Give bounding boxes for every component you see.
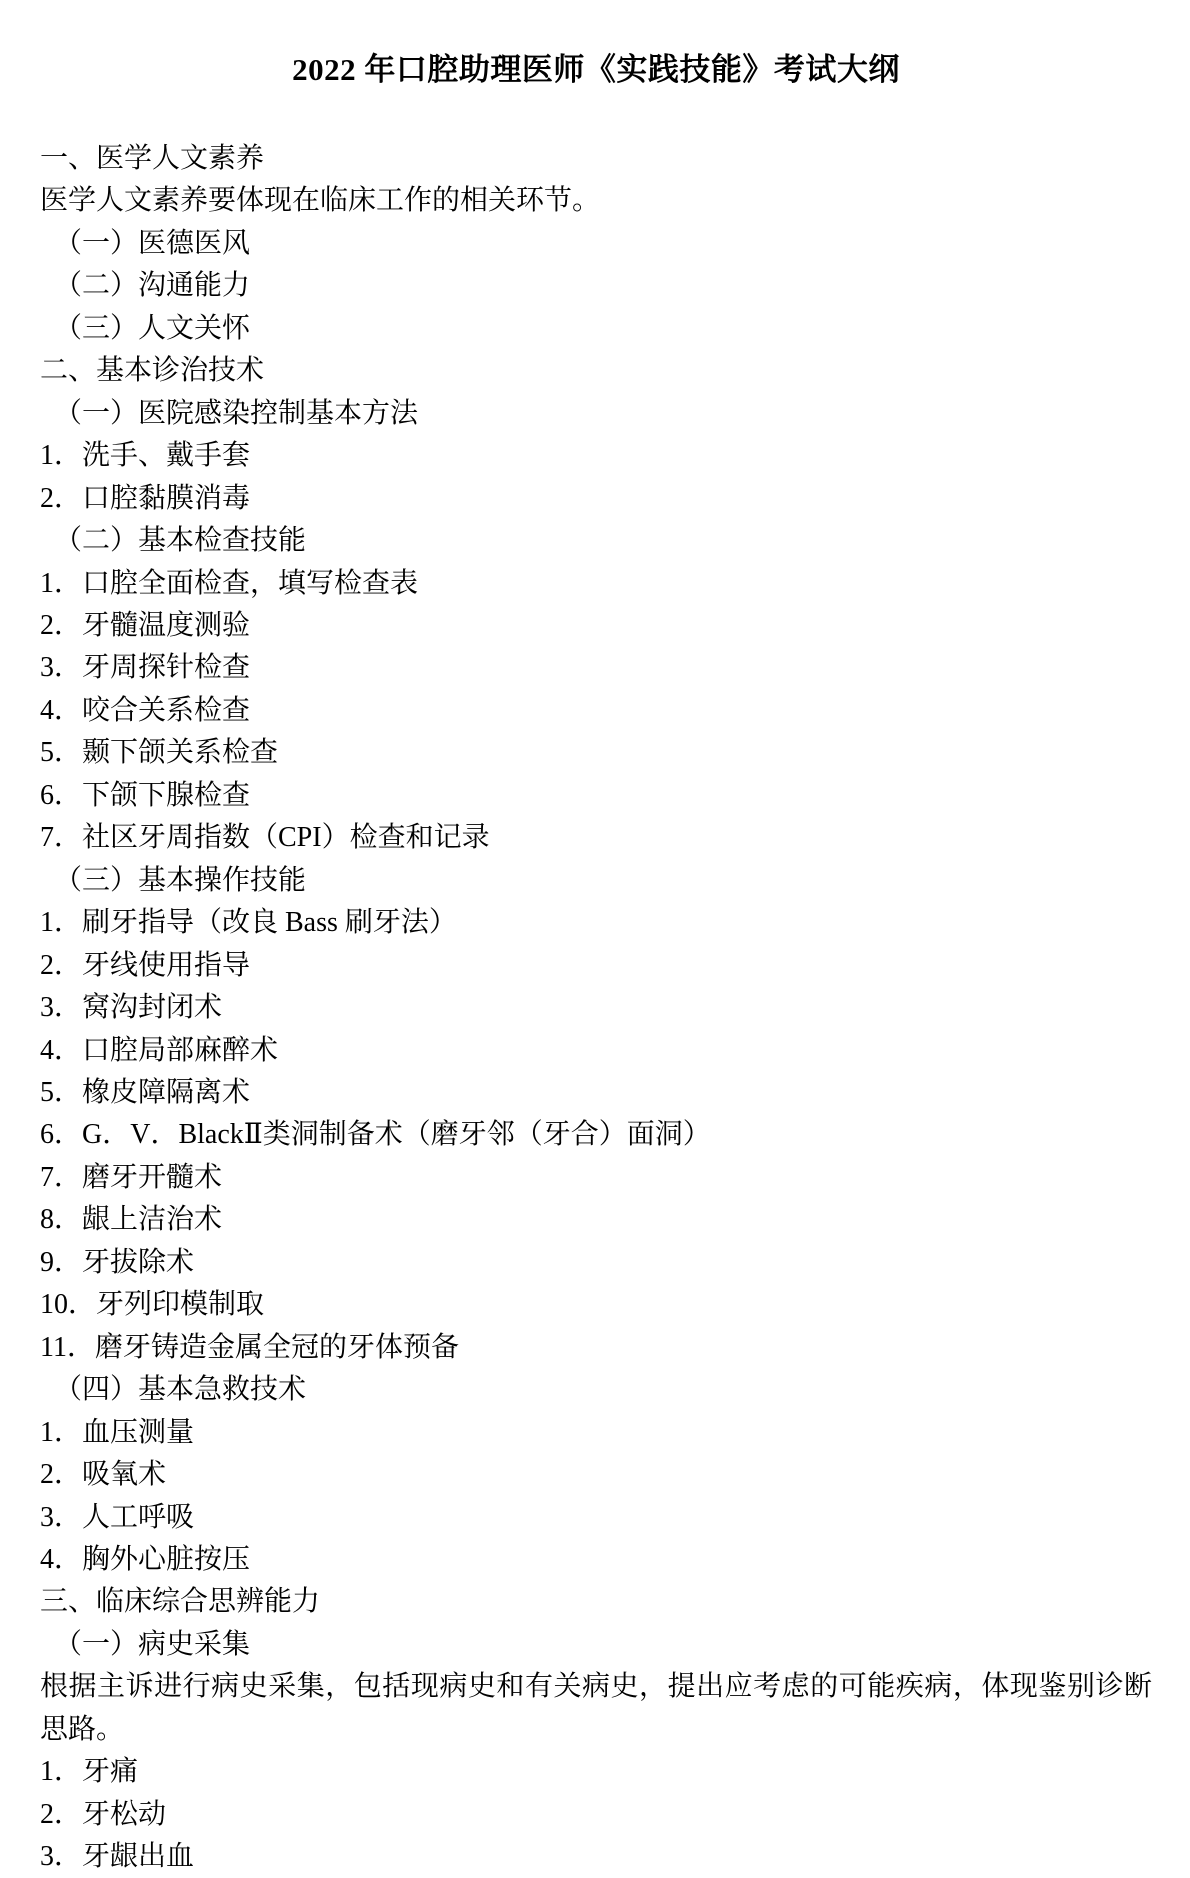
document-body: 一、医学人文素养医学人文素养要体现在临床工作的相关环节。（一）医德医风（二）沟通…	[40, 138, 1152, 1878]
doc-line-item: 2．牙松动	[40, 1794, 1152, 1836]
doc-line-item: 3．窝沟封闭术	[40, 987, 1152, 1029]
doc-line-heading1: 二、基本诊治技术	[40, 350, 1152, 392]
doc-line-item: 1．血压测量	[40, 1412, 1152, 1454]
doc-line-item: 7．社区牙周指数（CPI）检查和记录	[40, 817, 1152, 859]
doc-line-item: 1．口腔全面检查，填写检查表	[40, 563, 1152, 605]
doc-line-item: 4．咬合关系检查	[40, 690, 1152, 732]
doc-line-heading2: （二）基本检查技能	[40, 520, 1152, 562]
doc-line-heading1: 一、医学人文素养	[40, 138, 1152, 180]
doc-line-item: 11．磨牙铸造金属全冠的牙体预备	[40, 1327, 1152, 1369]
doc-line-item: 4．胸外心脏按压	[40, 1539, 1152, 1581]
doc-line-paragraph: 医学人文素养要体现在临床工作的相关环节。	[40, 180, 1152, 222]
doc-line-item: 3．牙周探针检查	[40, 647, 1152, 689]
doc-line-item: 6．下颌下腺检查	[40, 775, 1152, 817]
doc-line-item: 2．牙髓温度测验	[40, 605, 1152, 647]
doc-line-item: 5．橡皮障隔离术	[40, 1072, 1152, 1114]
doc-line-heading2: （一）医院感染控制基本方法	[40, 393, 1152, 435]
doc-line-item: 6．G．V．BlackⅡ类洞制备术（磨牙邻（牙合）面洞）	[40, 1114, 1152, 1156]
doc-line-heading2: （一）病史采集	[40, 1624, 1152, 1666]
doc-line-paragraph: 根据主诉进行病史采集，包括现病史和有关病史，提出应考虑的可能疾病，体现鉴别诊断思…	[40, 1666, 1152, 1751]
doc-line-item: 10．牙列印模制取	[40, 1284, 1152, 1326]
doc-line-item: 2．口腔黏膜消毒	[40, 478, 1152, 520]
document-page: 2022 年口腔助理医师《实践技能》考试大纲 一、医学人文素养医学人文素养要体现…	[0, 0, 1190, 1878]
doc-line-heading2: （二）沟通能力	[40, 265, 1152, 307]
doc-line-item: 7．磨牙开髓术	[40, 1157, 1152, 1199]
doc-line-heading2: （一）医德医风	[40, 223, 1152, 265]
doc-line-item: 1．洗手、戴手套	[40, 435, 1152, 477]
doc-line-heading1: 三、临床综合思辨能力	[40, 1581, 1152, 1623]
doc-line-item: 4．口腔局部麻醉术	[40, 1030, 1152, 1072]
doc-line-item: 2．吸氧术	[40, 1454, 1152, 1496]
doc-line-item: 3．人工呼吸	[40, 1497, 1152, 1539]
doc-line-heading2: （三）基本操作技能	[40, 860, 1152, 902]
doc-line-item: 2．牙线使用指导	[40, 945, 1152, 987]
doc-line-heading2: （四）基本急救技术	[40, 1369, 1152, 1411]
doc-line-item: 3．牙龈出血	[40, 1836, 1152, 1878]
document-title: 2022 年口腔助理医师《实践技能》考试大纲	[40, 48, 1152, 92]
doc-line-item: 5．颞下颌关系检查	[40, 732, 1152, 774]
doc-line-heading2: （三）人文关怀	[40, 308, 1152, 350]
doc-line-item: 1．牙痛	[40, 1751, 1152, 1793]
doc-line-item: 8．龈上洁治术	[40, 1199, 1152, 1241]
doc-line-item: 1．刷牙指导（改良 Bass 刷牙法）	[40, 902, 1152, 944]
doc-line-item: 9．牙拔除术	[40, 1242, 1152, 1284]
